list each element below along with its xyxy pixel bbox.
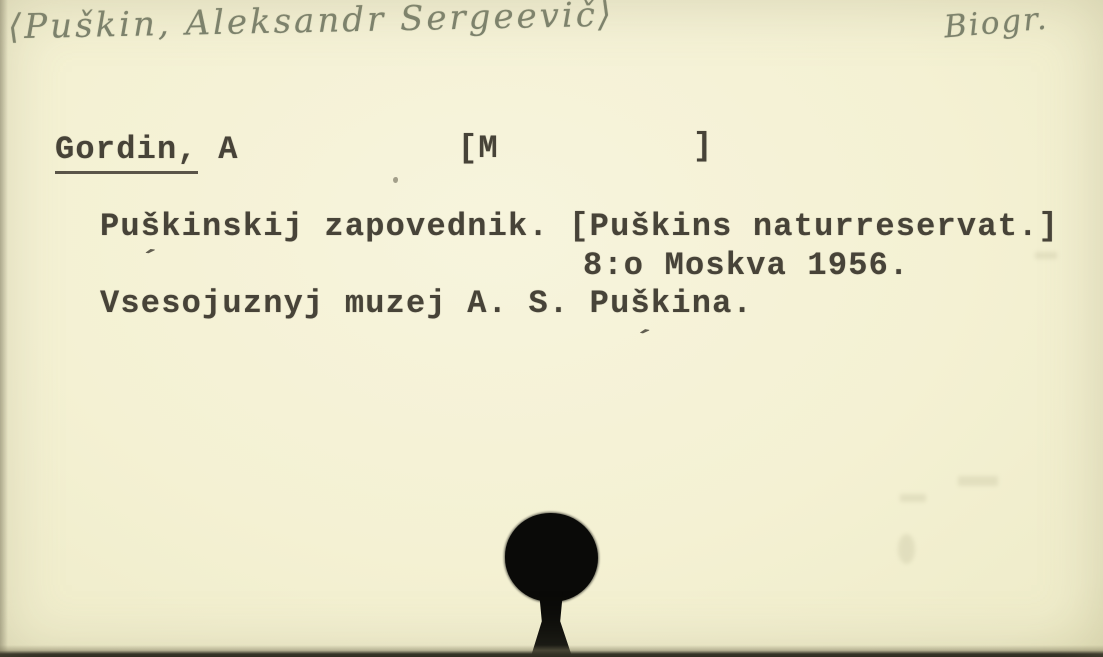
- title-line: Puškinskij zapovednik. [Puškins naturres…: [100, 211, 1059, 243]
- stray-apostrophe-mark: ´: [629, 326, 655, 363]
- hole-punch-circle: [505, 513, 598, 602]
- card-left-edge-shadow: [0, 0, 8, 657]
- author-line: Gordin, A: [55, 134, 239, 166]
- ink-bleed-mark: [898, 534, 915, 564]
- medium-designator-close: ]: [693, 131, 713, 163]
- imprint-line: 8:o Moskva 1956.: [583, 250, 909, 282]
- author-surname: Gordin,: [55, 131, 198, 174]
- handwritten-subject-heading: ⟨Puškin, Aleksandr Sergeevič⟩: [8, 0, 615, 44]
- author-initial: A: [198, 131, 239, 168]
- ink-bleed-mark: [1035, 252, 1057, 259]
- corporate-note-line: Vsesojuznyj muzej A. S. Puškina.: [100, 288, 753, 320]
- ink-bleed-mark: [958, 476, 998, 486]
- medium-designator-open: [M: [458, 133, 499, 165]
- stray-accent-mark: ´: [136, 247, 161, 284]
- ink-bleed-mark: [900, 494, 926, 502]
- catalog-card: ⟨Puškin, Aleksandr Sergeevič⟩ Biogr. Gor…: [0, 0, 1103, 657]
- handwritten-category-note: Biogr.: [943, 4, 1050, 44]
- paper-speck: [393, 177, 398, 183]
- card-bottom-edge-shadow: [0, 645, 1103, 657]
